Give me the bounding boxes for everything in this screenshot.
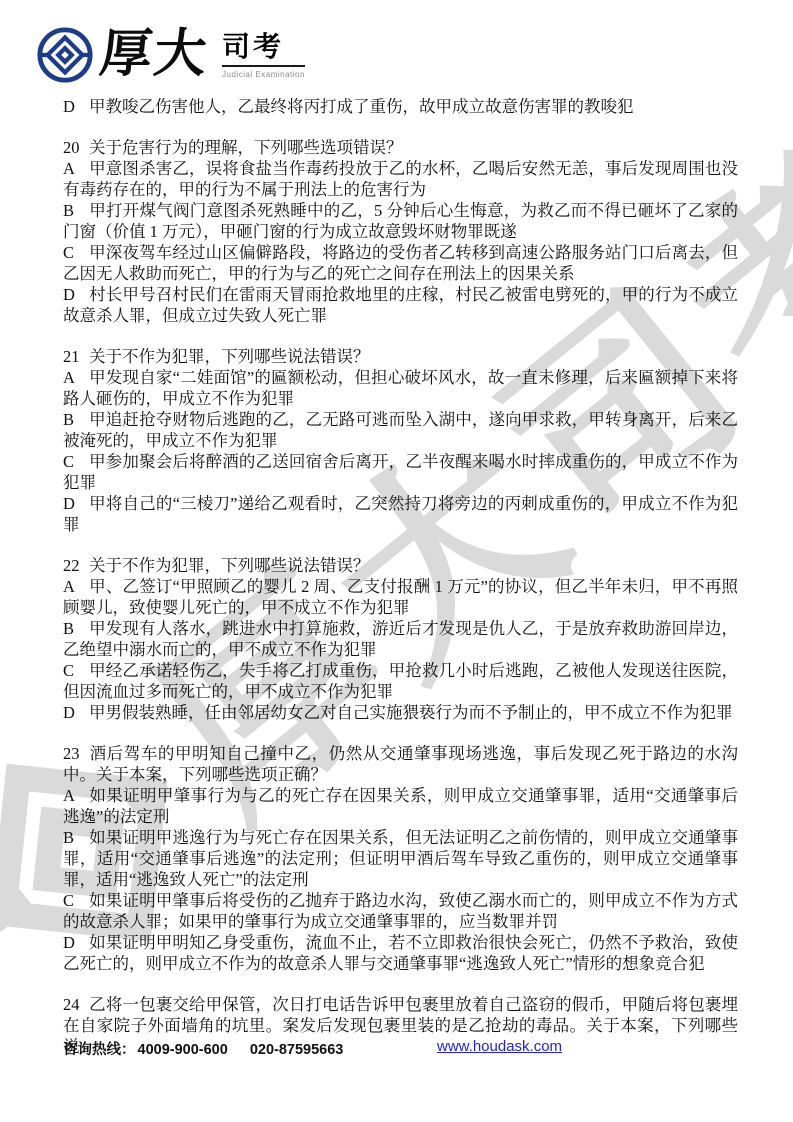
hotline-phone-1: 4009-900-600 [138, 1042, 228, 1058]
hotline-text: 咨询热线：4009-900-600020-87595663 [63, 1038, 343, 1059]
option-row-21b: B甲追赶抢夺财物后逃跑的乙，乙无路可逃而坠入湖中，遂向甲求救，甲转身离开，后来乙… [63, 409, 738, 451]
option-label: C [63, 660, 89, 681]
brand-header: 厚大 司考 Judicial Examination [36, 24, 305, 90]
option-row-23b: B如果证明甲逃逸行为与死亡存在因果关系，但无法证明乙之前伤情的，则甲成立交通肇事… [63, 827, 738, 890]
question-number: 24 [63, 994, 89, 1015]
question-stem-row: 23酒后驾车的甲明知自己撞中乙，仍然从交通肇事现场逃逸，事后发现乙死于路边的水沟… [63, 743, 738, 785]
questions-list: 20关于危害行为的理解，下列哪些选项错误？ A甲意图杀害乙，误将食盐当作毒药投放… [63, 137, 738, 1057]
question-stem-text: 关于危害行为的理解，下列哪些选项错误？ [89, 138, 403, 157]
option-text: 甲打开煤气阀门意图杀死熟睡中的乙，5 分钟后心生悔意，为救乙而不得已砸坏了乙家的… [63, 201, 738, 241]
question-number: 22 [63, 555, 89, 576]
option-row-20b: B甲打开煤气阀门意图杀死熟睡中的乙，5 分钟后心生悔意，为救乙而不得已砸坏了乙家… [63, 200, 738, 242]
option-row-20d: D村长甲号召村民们在雷雨天冒雨抢救地里的庄稼，村民乙被雷电劈死的，甲的行为不成立… [63, 284, 738, 326]
hotline-label: 咨询热线： [63, 1042, 136, 1058]
option-row-22b: B甲发现有人落水，跳进水中打算施救，游近后才发现是仇人乙，于是放弃救助游回岸边，… [63, 618, 738, 660]
question-content: D甲教唆乙伤害他人，乙最终将丙打成了重伤，故甲成立故意伤害罪的教唆犯 20关于危… [63, 96, 738, 1057]
option-label: D [63, 702, 89, 723]
option-row-22c: C甲经乙承诺轻伤乙，失手将乙打成重伤，甲抢救几小时后逃跑，乙被他人发现送往医院，… [63, 660, 738, 702]
question-22: 22关于不作为犯罪，下列哪些说法错误？ A甲、乙签订“甲照顾乙的婴儿 2 周、乙… [63, 555, 738, 723]
option-row-23c: C如果证明甲肇事后将受伤的乙抛弃于路边水沟，致使乙溺水而亡的，则甲成立不作为方式… [63, 890, 738, 932]
option-text: 甲男假装熟睡，任由邻居幼女乙对自己实施猥亵行为而不予制止的，甲不成立不作为犯罪 [89, 703, 733, 722]
option-label: B [63, 618, 89, 639]
question-stem-row: 20关于危害行为的理解，下列哪些选项错误？ [63, 137, 738, 158]
option-label: B [63, 409, 89, 430]
hotline-phone-2: 020-87595663 [250, 1042, 344, 1058]
question-number: 20 [63, 137, 89, 158]
option-label: D [63, 284, 89, 305]
question-stem-text: 酒后驾车的甲明知自己撞中乙，仍然从交通肇事现场逃逸，事后发现乙死于路边的水沟中。… [63, 744, 738, 784]
option-label: A [63, 576, 89, 597]
option-text: 如果证明甲明知乙身受重伤，流血不止，若不立即救治很快会死亡，仍然不予救治，致使乙… [63, 933, 738, 973]
option-text: 甲参加聚会后将醉酒的乙送回宿舍后离开，乙半夜醒来喝水时摔成重伤的，甲成立不作为犯… [63, 452, 738, 492]
option-text: 如果证明甲逃逸行为与死亡存在因果关系，但无法证明乙之前伤情的，则甲成立交通肇事罪… [63, 828, 738, 889]
option-label: B [63, 827, 89, 848]
option-text: 甲追赶抢夺财物后逃跑的乙，乙无路可逃而坠入湖中，遂向甲求救，甲转身离开，后来乙被… [63, 410, 738, 450]
option-text: 甲发现有人落水，跳进水中打算施救，游近后才发现是仇人乙，于是放弃救助游回岸边，乙… [63, 619, 738, 659]
brand-name-cn: 厚大 [97, 24, 211, 84]
footer: 咨询热线：4009-900-600020-87595663 www.houdas… [0, 1038, 793, 1062]
option-label: D [63, 96, 89, 117]
option-row-22d: D甲男假装熟睡，任由邻居幼女乙对自己实施猥亵行为而不予制止的，甲不成立不作为犯罪 [63, 702, 738, 723]
option-text: 甲意图杀害乙，误将食盐当作毒药投放于乙的水杯，乙喝后安然无恙，事后发现周围也没有… [63, 159, 738, 199]
website-link[interactable]: www.houdask.com [437, 1038, 562, 1055]
option-label: D [63, 932, 89, 953]
question-number: 23 [63, 743, 89, 764]
option-row-21a: A甲发现自家“二娃面馆”的匾额松动，但担心破坏风水，故一直未修理，后来匾额掉下来… [63, 367, 738, 409]
houda-logo-icon [36, 26, 94, 84]
option-label: C [63, 890, 89, 911]
option-row-20c: C甲深夜驾车经过山区偏僻路段，将路边的受伤者乙转移到高速公路服务站门口后离去，但… [63, 242, 738, 284]
option-label: C [63, 242, 89, 263]
option-label: B [63, 200, 89, 221]
option-row-prev-d: D甲教唆乙伤害他人，乙最终将丙打成了重伤，故甲成立故意伤害罪的教唆犯 [63, 96, 738, 117]
option-label: A [63, 785, 89, 806]
question-stem-row: 22关于不作为犯罪，下列哪些说法错误？ [63, 555, 738, 576]
option-row-22a: A甲、乙签订“甲照顾乙的婴儿 2 周、乙支付报酬 1 万元”的协议，但乙半年未归… [63, 576, 738, 618]
document-page: 厚大司考 厚大 司考 Judicial Examination D甲教唆乙伤害他… [0, 0, 793, 1122]
option-row-20a: A甲意图杀害乙，误将食盐当作毒药投放于乙的水杯，乙喝后安然无恙，事后发现周围也没… [63, 158, 738, 200]
option-row-23a: A如果证明甲肇事行为与乙的死亡存在因果关系，则甲成立交通肇事罪，适用“交通肇事后… [63, 785, 738, 827]
option-label: A [63, 367, 89, 388]
question-stem-text: 关于不作为犯罪，下列哪些说法错误？ [89, 347, 370, 366]
option-text: 甲教唆乙伤害他人，乙最终将丙打成了重伤，故甲成立故意伤害罪的教唆犯 [89, 97, 634, 116]
option-text: 甲经乙承诺轻伤乙，失手将乙打成重伤，甲抢救几小时后逃跑，乙被他人发现送往医院，但… [63, 661, 738, 701]
question-stem-text: 关于不作为犯罪，下列哪些说法错误？ [89, 556, 370, 575]
option-text: 甲发现自家“二娃面馆”的匾额松动，但担心破坏风水，故一直未修理，后来匾额掉下来将… [63, 368, 738, 408]
question-stem-row: 21关于不作为犯罪，下列哪些说法错误？ [63, 346, 738, 367]
option-text: 甲、乙签订“甲照顾乙的婴儿 2 周、乙支付报酬 1 万元”的协议，但乙半年未归，… [63, 577, 738, 617]
option-row-21c: C甲参加聚会后将醉酒的乙送回宿舍后离开，乙半夜醒来喝水时摔成重伤的，甲成立不作为… [63, 451, 738, 493]
option-label: D [63, 493, 89, 514]
option-row-23d: D如果证明甲明知乙身受重伤，流血不止，若不立即救治很快会死亡，仍然不予救治，致使… [63, 932, 738, 974]
option-label: A [63, 158, 89, 179]
brand-suffix: 司考 [222, 32, 305, 67]
option-text: 甲将自己的“三棱刀”递给乙观看时，乙突然持刀将旁边的丙刺成重伤的，甲成立不作为犯… [63, 494, 738, 534]
option-text: 甲深夜驾车经过山区偏僻路段，将路边的受伤者乙转移到高速公路服务站门口后离去，但乙… [63, 243, 738, 283]
question-23: 23酒后驾车的甲明知自己撞中乙，仍然从交通肇事现场逃逸，事后发现乙死于路边的水沟… [63, 743, 738, 974]
question-21: 21关于不作为犯罪，下列哪些说法错误？ A甲发现自家“二娃面馆”的匾额松动，但担… [63, 346, 738, 535]
brand-subtitle-en: Judicial Examination [222, 70, 305, 79]
option-label: C [63, 451, 89, 472]
option-text: 村长甲号召村民们在雷雨天冒雨抢救地里的庄稼，村民乙被雷电劈死的，甲的行为不成立故… [63, 285, 738, 325]
question-20: 20关于危害行为的理解，下列哪些选项错误？ A甲意图杀害乙，误将食盐当作毒药投放… [63, 137, 738, 326]
option-text: 如果证明甲肇事行为与乙的死亡存在因果关系，则甲成立交通肇事罪，适用“交通肇事后逃… [63, 786, 738, 826]
question-number: 21 [63, 346, 89, 367]
option-text: 如果证明甲肇事后将受伤的乙抛弃于路边水沟，致使乙溺水而亡的，则甲成立不作为方式的… [63, 891, 738, 931]
option-row-21d: D甲将自己的“三棱刀”递给乙观看时，乙突然持刀将旁边的丙刺成重伤的，甲成立不作为… [63, 493, 738, 535]
